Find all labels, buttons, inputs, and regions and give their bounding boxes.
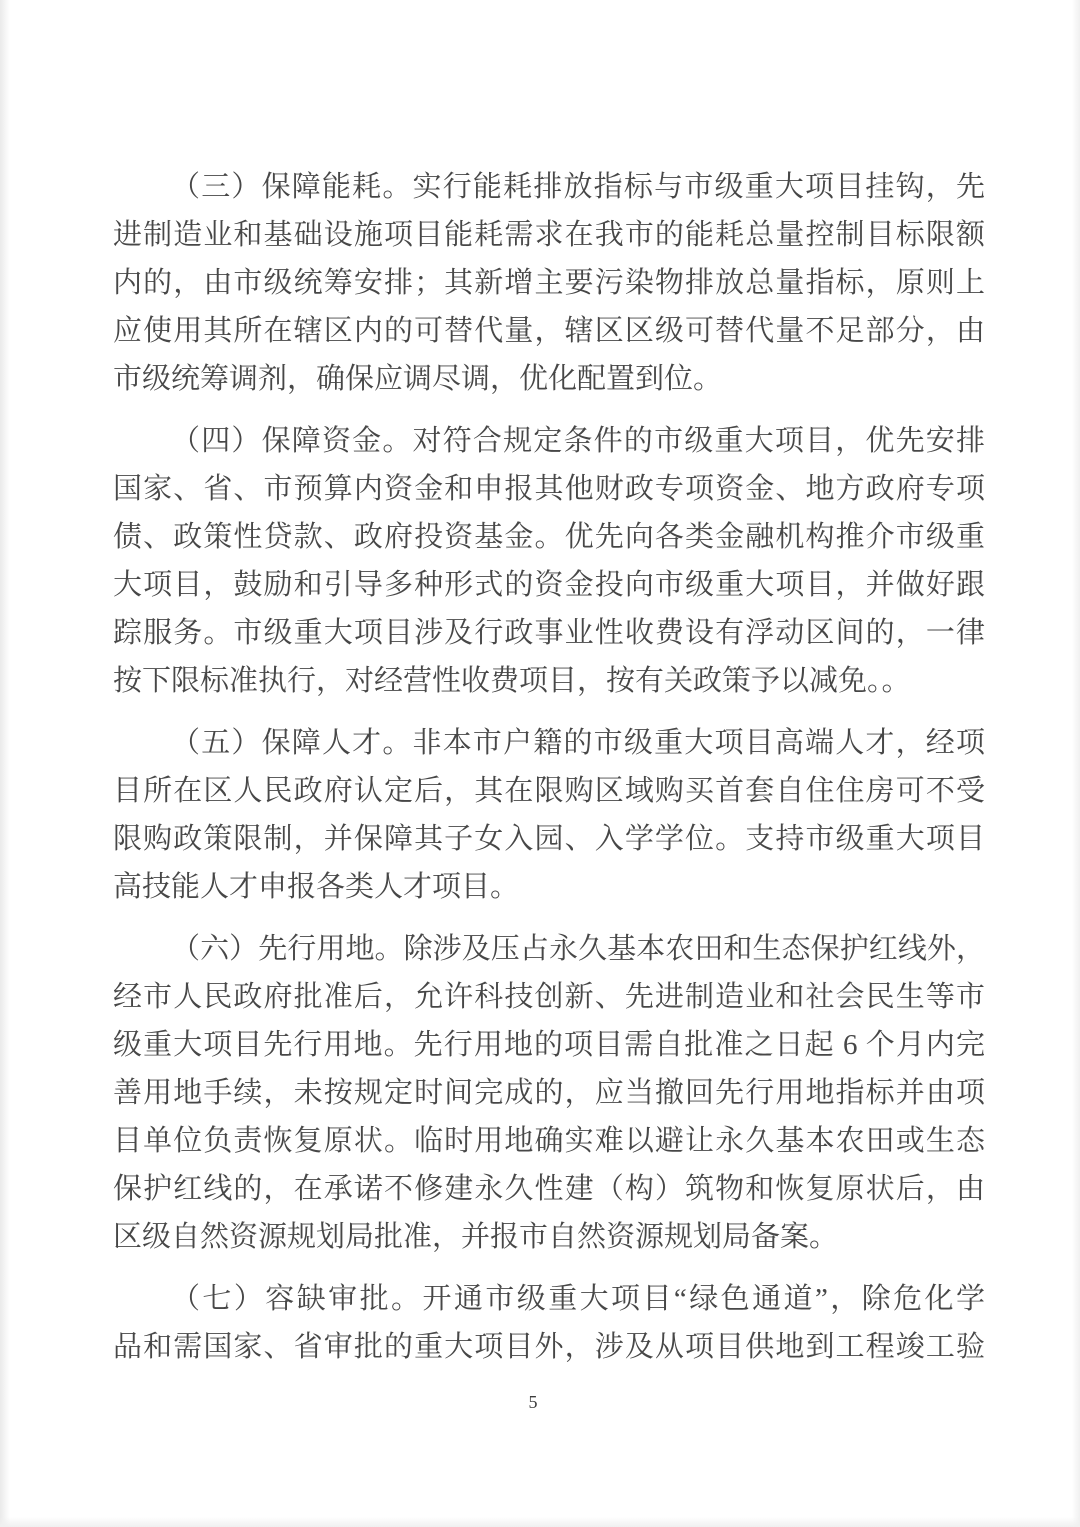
document-body: （三）保障能耗。实行能耗排放指标与市级重大项目挂钩，先 进制造业和基础设施项目能… (113, 163, 985, 1371)
text-line: 进制造业和基础设施项目能耗需求在我市的能耗总量控制目标限额 (113, 211, 985, 259)
text-line: 债、政策性贷款、政府投资基金。优先向各类金融机构推介市级重 (113, 513, 985, 561)
text-line: （五）保障人才。非本市户籍的市级重大项目高端人才，经项 (113, 719, 985, 767)
text-line: 级重大项目先行用地。先行用地的项目需自批准之日起 6 个月内完 (113, 1021, 985, 1069)
text-line: 目单位负责恢复原状。临时用地确实难以避让永久基本农田或生态 (113, 1117, 985, 1165)
text-line: 保护红线的，在承诺不修建永久性建（构）筑物和恢复原状后，由 (113, 1165, 985, 1213)
paragraph-item-3-energy-guarantee: （三）保障能耗。实行能耗排放指标与市级重大项目挂钩，先 进制造业和基础设施项目能… (113, 163, 985, 403)
text-line: 高技能人才申报各类人才项目。 (113, 863, 985, 911)
text-line: 善用地手续，未按规定时间完成的，应当撤回先行用地指标并由项 (113, 1069, 985, 1117)
paragraph-item-6-advance-land-use: （六）先行用地。除涉及压占永久基本农田和生态保护红线外， 经市人民政府批准后，允… (113, 925, 985, 1261)
text-line: （四）保障资金。对符合规定条件的市级重大项目，优先安排 (113, 417, 985, 465)
document-page: （三）保障能耗。实行能耗排放指标与市级重大项目挂钩，先 进制造业和基础设施项目能… (0, 0, 1080, 1527)
text-line: 国家、省、市预算内资金和申报其他财政专项资金、地方政府专项 (113, 465, 985, 513)
text-line: （六）先行用地。除涉及压占永久基本农田和生态保护红线外， (113, 925, 985, 973)
scan-edge-right (1072, 0, 1080, 1527)
paragraph-item-7-tolerant-approval: （七）容缺审批。开通市级重大项目“绿色通道”，除危化学 品和需国家、省审批的重大… (113, 1275, 985, 1371)
text-line: 按下限标准执行，对经营性收费项目，按有关政策予以减免。。 (113, 657, 985, 705)
scan-edge-left (0, 0, 10, 1527)
text-line: 内的，由市级统筹安排；其新增主要污染物排放总量指标，原则上 (113, 259, 985, 307)
page-number: 5 (0, 1390, 1066, 1414)
text-line: 品和需国家、省审批的重大项目外，涉及从项目供地到工程竣工验 (113, 1323, 985, 1371)
text-line: 经市人民政府批准后，允许科技创新、先进制造业和社会民生等市 (113, 973, 985, 1021)
text-line: 应使用其所在辖区内的可替代量，辖区区级可替代量不足部分，由 (113, 307, 985, 355)
text-line: 区级自然资源规划局批准，并报市自然资源规划局备案。 (113, 1213, 985, 1261)
paragraph-item-5-talent-guarantee: （五）保障人才。非本市户籍的市级重大项目高端人才，经项 目所在区人民政府认定后，… (113, 719, 985, 911)
text-line: （七）容缺审批。开通市级重大项目“绿色通道”，除危化学 (113, 1275, 985, 1323)
paragraph-item-4-funding-guarantee: （四）保障资金。对符合规定条件的市级重大项目，优先安排 国家、省、市预算内资金和… (113, 417, 985, 705)
text-line: 目所在区人民政府认定后，其在限购区域购买首套自住住房可不受 (113, 767, 985, 815)
text-line: 大项目，鼓励和引导多种形式的资金投向市级重大项目，并做好跟 (113, 561, 985, 609)
text-line: 限购政策限制，并保障其子女入园、入学学位。支持市级重大项目 (113, 815, 985, 863)
scan-edge-bottom (0, 1517, 1080, 1527)
text-line: 市级统筹调剂，确保应调尽调，优化配置到位。 (113, 355, 985, 403)
text-line: 踪服务。市级重大项目涉及行政事业性收费设有浮动区间的，一律 (113, 609, 985, 657)
text-line: （三）保障能耗。实行能耗排放指标与市级重大项目挂钩，先 (113, 163, 985, 211)
